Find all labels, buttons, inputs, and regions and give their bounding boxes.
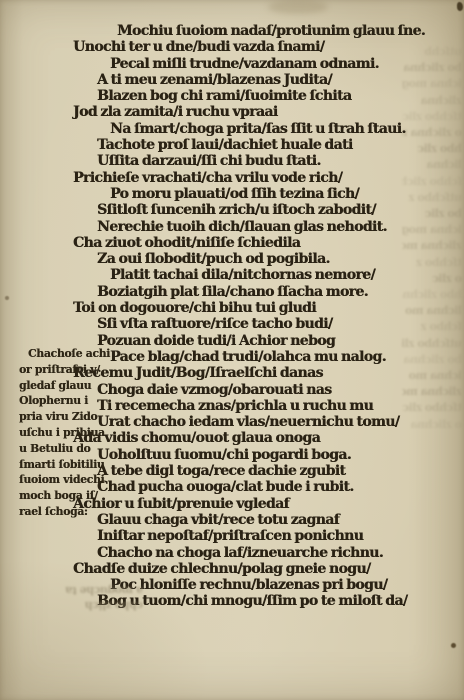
ink-speck	[451, 643, 456, 648]
verse-line: Toi on dogouore/chi bihu tui gludi	[0, 300, 464, 316]
margin-note-line: rael ſchoga:	[19, 504, 123, 520]
verse-line: A ti meu zenami/blazenas Judita/	[0, 72, 464, 88]
showthrough-line: a moguche ta	[53, 583, 143, 598]
verse-line: Na ſmart/choga prita/ſas ſſit u ſtrah ſt…	[0, 121, 464, 137]
verse-line: Mochiu ſuoiom nadaſ/protiunim glauu ſne.	[0, 23, 464, 39]
verse-line: Sſi vſta raſtuore/riſce tacho budi/	[0, 316, 464, 332]
verse-line: Boziatgih plat ſila/chano ſſacha more.	[0, 284, 464, 300]
margin-note-line: gledaf glauu	[19, 378, 123, 394]
margin-note-line: or priſtraſci v/	[19, 362, 123, 378]
ink-speck	[5, 296, 9, 300]
margin-note-line: Chachoſe achi	[19, 346, 123, 362]
verse-line: Pecal miſli trudne/vazdanam odnami.	[0, 56, 464, 72]
verse-line: Nerechie tuoih dich/ſlauan glas nehodit.	[0, 219, 464, 235]
verse-line: Po moru plauati/od ſſih tezina ſich/	[0, 186, 464, 202]
margin-note-line: pria viru Zido	[19, 409, 123, 425]
book-page: utſchbbo zlichna moichna moguczlichnatſc…	[0, 0, 464, 700]
verse-line: Uſſita darzaui/ſſi chi budu ſtati.	[0, 153, 464, 169]
verse-line: Za oui ſlobodit/puch od pogibila.	[0, 251, 464, 267]
showthrough-line: chbo zlich	[53, 598, 143, 613]
showthrough-bottom-left: chbo zlicha moguche ta	[53, 583, 143, 613]
margin-note-line: ſmarti ſobitiliu	[19, 457, 123, 473]
verse-line: Chacho na choga laf/izneuarche richnu.	[0, 545, 464, 561]
verse-block: Mochiu ſuoiom nadaſ/protiunim glauu ſne.…	[0, 23, 464, 610]
verse-line: Blazen bog chi rami/ſuoimite ſchita	[0, 88, 464, 104]
margin-note-line: Olophernu i	[19, 393, 123, 409]
verse-line: Tachote proſ laui/dachiet huale dati	[0, 137, 464, 153]
margin-note-line: ſuoiom videchi	[19, 472, 123, 488]
verse-line: Sſitloſt ſuncenih zrich/u iſtoch zabodit…	[0, 202, 464, 218]
verse-line: Iniſtar nepoſtaf/priſtraſcen ponichnu	[0, 528, 464, 544]
margin-note: Chachoſe achior priſtraſci v/gledaf glau…	[19, 346, 123, 520]
verse-line: Platit tachai dila/nitchornas nemore/	[0, 267, 464, 283]
verse-line: Cha ziuot ohodit/niſiſe ſchiedila	[0, 235, 464, 251]
verse-line: Chadſe duize chlechnu/polag gneie nogu/	[0, 561, 464, 577]
ink-speck	[457, 2, 463, 11]
margin-note-line: u Betuliu do	[19, 441, 123, 457]
verse-line: Unochi ter u dne/budi vazda ſnami/	[0, 39, 464, 55]
margin-note-line: uſchu i pribiua	[19, 425, 123, 441]
verse-line: Prichieſe vrachati/cha vrilu vode rich/	[0, 170, 464, 186]
margin-note-line: moch boga iſ/	[19, 488, 123, 504]
verse-line: Jod zla zamita/i ruchu vpraai	[0, 104, 464, 120]
paper-smudge	[268, 0, 328, 14]
